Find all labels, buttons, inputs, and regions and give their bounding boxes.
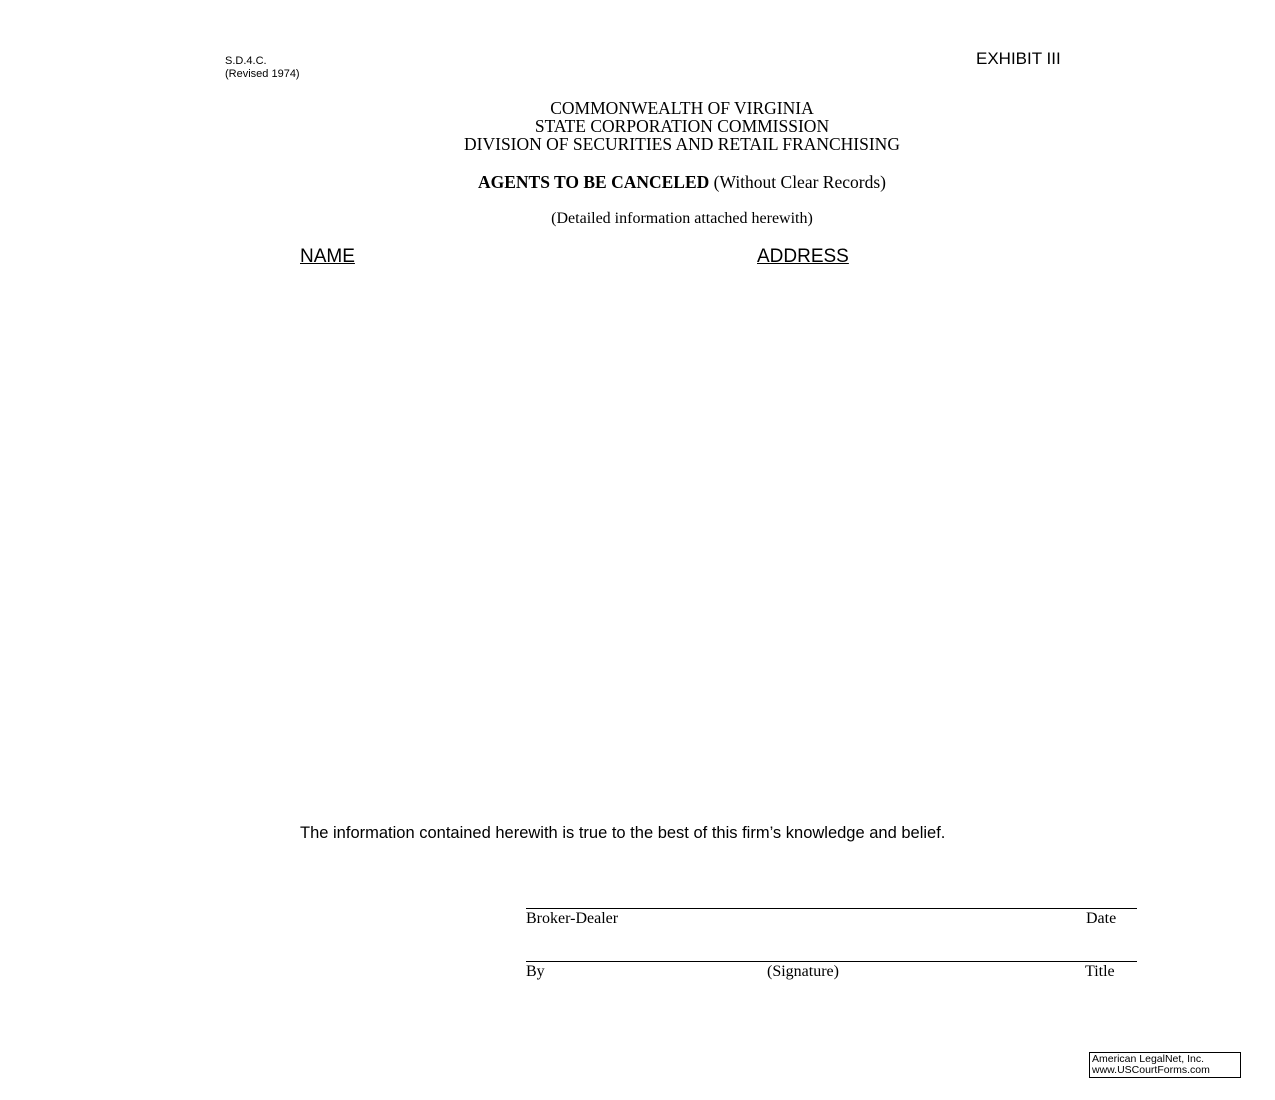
detail-note: (Detailed information attached herewith) bbox=[0, 210, 1275, 228]
form-title-bold: AGENTS TO BE CANCELED bbox=[478, 172, 709, 192]
date-label: Date bbox=[1086, 910, 1116, 928]
publisher-footer: American LegalNet, Inc. www.USCourtForms… bbox=[1089, 1052, 1241, 1078]
broker-dealer-label: Broker-Dealer bbox=[526, 910, 618, 928]
header-line-3: DIVISION OF SECURITIES AND RETAIL FRANCH… bbox=[0, 135, 1275, 153]
column-header-name: NAME bbox=[300, 246, 355, 268]
form-revision: (Revised 1974) bbox=[225, 68, 300, 81]
header-line-2: STATE CORPORATION COMMISSION bbox=[0, 117, 1275, 135]
form-code-block: S.D.4.C. (Revised 1974) bbox=[225, 55, 300, 81]
header-line-1: COMMONWEALTH OF VIRGINIA bbox=[0, 99, 1275, 117]
form-title-suffix: (Without Clear Records) bbox=[709, 172, 886, 192]
certification-statement: The information contained herewith is tr… bbox=[300, 824, 945, 843]
title-label: Title bbox=[1085, 963, 1115, 981]
publisher-website: www.USCourtForms.com bbox=[1092, 1065, 1238, 1076]
form-code: S.D.4.C. bbox=[225, 55, 300, 68]
by-label: By bbox=[526, 963, 545, 981]
signature-label: (Signature) bbox=[767, 963, 839, 981]
agency-header: COMMONWEALTH OF VIRGINIA STATE CORPORATI… bbox=[0, 99, 1275, 153]
exhibit-label: EXHIBIT III bbox=[976, 49, 1061, 69]
signature-line[interactable] bbox=[526, 961, 1137, 962]
broker-dealer-signature-line[interactable] bbox=[526, 908, 1137, 909]
column-header-address: ADDRESS bbox=[757, 246, 849, 268]
form-title: AGENTS TO BE CANCELED (Without Clear Rec… bbox=[0, 172, 1275, 193]
